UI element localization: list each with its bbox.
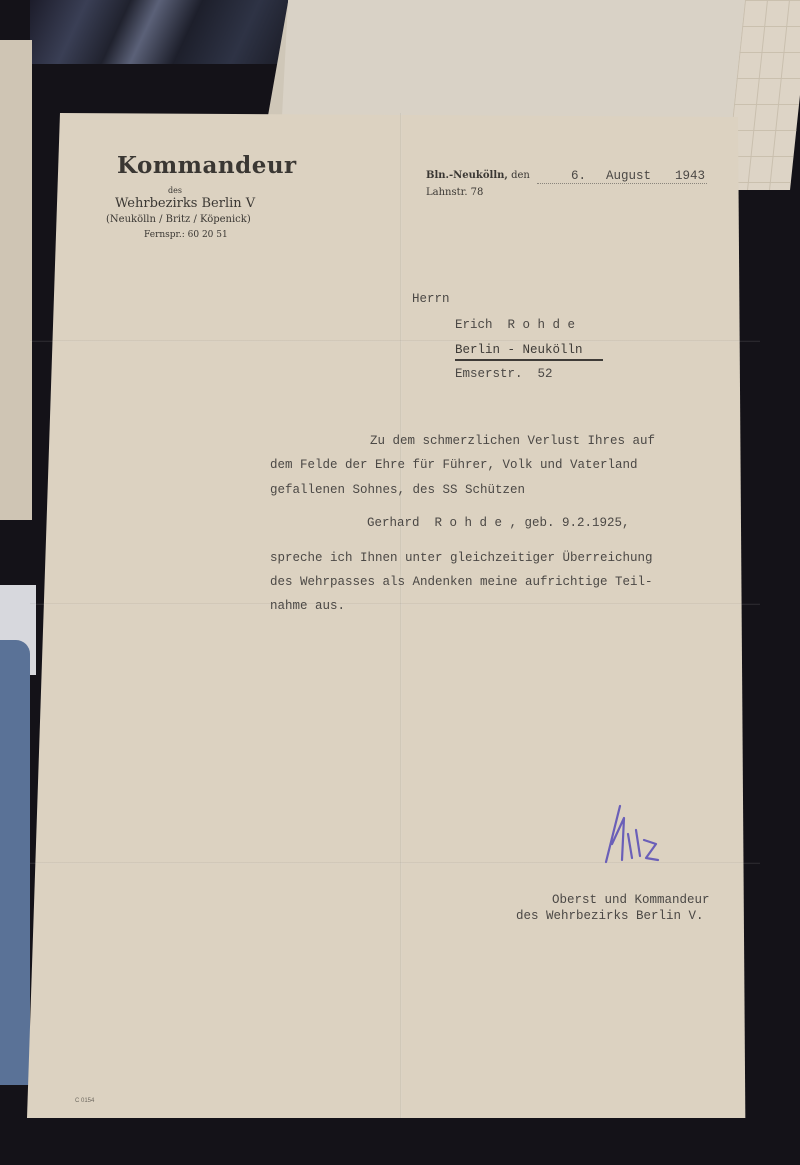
signature-title-line1: Oberst und Kommandeur [552, 893, 710, 907]
form-code: C 0154 [75, 1098, 94, 1104]
date-month: August [606, 169, 651, 183]
body-line: des Wehrpasses als Andenken meine aufric… [270, 575, 653, 589]
letterhead-areas: (Neukölln / Britz / Köpenick) [106, 214, 251, 225]
left-background-paper [0, 40, 32, 520]
body-line: Zu dem schmerzlichen Verlust Ihres auf [370, 434, 655, 448]
handwritten-signature [598, 800, 668, 870]
plastic-bag-background [30, 0, 288, 64]
letter-sheet [27, 113, 760, 1118]
recipient-salutation: Herrn [412, 292, 450, 306]
date-dotted-line [537, 183, 707, 184]
date-day: 6. [571, 169, 586, 183]
signature-title-line2: des Wehrbezirks Berlin V. [516, 909, 704, 923]
body-line: gefallenen Sohnes, des SS Schützen [270, 483, 525, 497]
letterhead-des: des [168, 186, 182, 195]
sender-street: Lahnstr. 78 [426, 187, 483, 198]
background-paper [282, 0, 778, 118]
horizontal-fold-line [30, 340, 760, 342]
body-line: Gerhard R o h d e , geb. 9.2.1925, [367, 516, 630, 530]
body-line: nahme aus. [270, 599, 345, 613]
city-underline [455, 359, 603, 361]
recipient-name: Erich R o h d e [455, 318, 575, 332]
date-year: 1943 [675, 169, 705, 183]
den-label: den [511, 170, 530, 181]
vertical-fold-line [400, 113, 402, 1118]
body-line: spreche ich Ihnen unter gleichzeitiger Ü… [270, 551, 653, 565]
left-blue-document [0, 640, 30, 1085]
body-line: dem Felde der Ehre für Führer, Volk und … [270, 458, 638, 472]
place-line: Bln.-Neukölln, den [426, 170, 530, 181]
place: Bln.-Neukölln, [426, 170, 508, 181]
recipient-street: Emserstr. 52 [455, 367, 553, 381]
recipient-city: Berlin - Neukölln [455, 343, 583, 357]
horizontal-fold-line [30, 603, 760, 605]
letterhead-phone: Fernspr.: 60 20 51 [144, 230, 228, 240]
letterhead-district: Wehrbezirks Berlin V [115, 196, 255, 211]
letterhead-title: Kommandeur [117, 152, 297, 179]
